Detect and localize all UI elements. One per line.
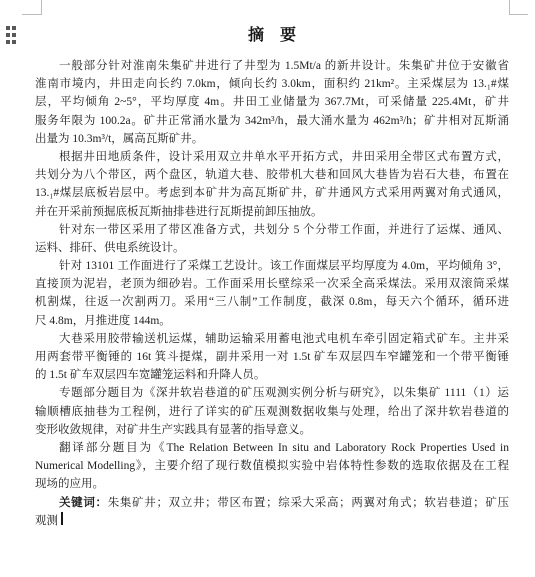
handle-dot <box>6 33 10 37</box>
document-body[interactable]: 摘 要 一般部分针对淮南朱集矿井进行了井型为 1.5Mt/a 的新井设计。朱集矿… <box>35 26 509 530</box>
text-line: 直接顶为泥岩，老顶为细砂岩。工作面采用长壁综采一次采全高采煤法。采用双滚筒采煤 <box>35 275 509 293</box>
keywords-label: 关键词： <box>59 497 108 509</box>
drag-handle-icon[interactable] <box>6 26 16 44</box>
paragraph: 针对 13101 工作面进行了采煤工艺设计。该工作面煤层平均厚度为 4.0m，平… <box>35 257 509 330</box>
handle-dot <box>12 40 16 44</box>
handle-dot <box>6 40 10 44</box>
text-line: 大巷采用胶带输送机运煤，辅助运输采用蓄电池式电机车牵引固定箱式矿车。主井采 <box>35 330 509 348</box>
text-line: 层，平均倾角 2~5°，平均厚度 4m。井田工业储量为 367.7Mt，可采储量… <box>35 93 509 111</box>
paragraph: 专题部分题目为《深井软岩巷道的矿压观测实例分析与研究》，以朱集矿 1111（1）… <box>35 384 509 439</box>
text-line: 用两套带平衡锤的 16t 箕斗提煤，副井采用一对 1.5t 矿车双层四车窄罐笼和… <box>35 348 509 366</box>
paragraph: 针对东一带区采用了带区准备方式，共划分 5 个分带工作面，并进行了运煤、通风、运… <box>35 221 509 257</box>
paragraph: 大巷采用胶带输送机运煤，辅助运输采用蓄电池式电机车牵引固定箱式矿车。主井采用两套… <box>35 330 509 385</box>
text-line: 输顺槽底抽巷为工程例，进行了详实的矿压观测数据收集与处理，给出了深井软岩巷道的 <box>35 403 509 421</box>
text-line: 根据井田地质条件，设计采用双立井单水平开拓方式，井田采用全带区式布置方式， <box>35 148 509 166</box>
text-line: 尺 4.8m，月推进度 144m。 <box>35 312 509 330</box>
paragraph: 一般部分针对淮南朱集矿井进行了井型为 1.5Mt/a 的新井设计。朱集矿井位于安… <box>35 57 509 148</box>
text-line: 共划分为八个带区，两个盘区，轨道大巷、胶带机大巷和回风大巷皆为岩石大巷，布置在 <box>35 166 509 184</box>
text-line: 针对 13101 工作面进行了采煤工艺设计。该工作面煤层平均厚度为 4.0m，平… <box>35 257 509 275</box>
handle-dot <box>12 33 16 37</box>
text-cursor <box>61 512 63 525</box>
text-line: 服务年限为 100.2a。矿井正常涌水量为 342m³/h，最大涌水量为 462… <box>35 112 509 130</box>
handle-dot <box>12 26 16 30</box>
paragraph: 根据井田地质条件，设计采用双立井单水平开拓方式，井田采用全带区式布置方式，共划分… <box>35 148 509 221</box>
page-corner-mark-right-icon <box>509 0 528 15</box>
text-line: 观测 <box>35 512 509 530</box>
paragraphs-container: 一般部分针对淮南朱集矿井进行了井型为 1.5Mt/a 的新井设计。朱集矿井位于安… <box>35 57 509 530</box>
text-line: 淮南市境内，井田走向长约 7.0km，倾向长约 3.0km，面积约 21km²。… <box>35 75 509 93</box>
text-line: 的 1.5t 矿车双层四车宽罐笼运料和升降人员。 <box>35 366 509 384</box>
text-line: 机割煤，往返一次割两刀。采用“三八制”工作制度，截深 0.8m，每天六个循环，循… <box>35 293 509 311</box>
paragraph: 翻译部分题目为《The Relation Between In situ and… <box>35 439 509 494</box>
text-line: 13.₁#煤层底板岩层中。考虑到本矿井为高瓦斯矿井，矿井通风方式采用两翼对角式通… <box>35 184 509 202</box>
text-line: 关键词：朱集矿井；双立井；带区布置；综采大采高；两翼对角式；软岩巷道；矿压 <box>35 494 509 512</box>
text-line: 专题部分题目为《深井软岩巷道的矿压观测实例分析与研究》，以朱集矿 1111（1）… <box>35 384 509 402</box>
text-line: 出量为 10.3m³/t，属高瓦斯矿井。 <box>35 130 509 148</box>
text-line: 针对东一带区采用了带区准备方式，共划分 5 个分带工作面，并进行了运煤、通风、 <box>35 221 509 239</box>
text-line: 运料、排矸、供电系统设计。 <box>35 239 509 257</box>
text-line: 并在开采前预掘底板瓦斯抽排巷进行瓦斯提前卸压抽放。 <box>35 203 509 221</box>
text-line: 一般部分针对淮南朱集矿井进行了井型为 1.5Mt/a 的新井设计。朱集矿井位于安… <box>35 57 509 75</box>
handle-dot <box>6 26 10 30</box>
text-line: 翻译部分题目为《The Relation Between In situ and… <box>35 439 509 457</box>
paragraph: 关键词：朱集矿井；双立井；带区布置；综采大采高；两翼对角式；软岩巷道；矿压观测 <box>35 494 509 530</box>
text-line: 现场的应用。 <box>35 475 509 493</box>
text-line: 变形收敛规律，对矿井生产实践具有显著的指导意义。 <box>35 421 509 439</box>
page-corner-mark-left-icon <box>22 0 42 15</box>
text-line: Numerical Modelling》，主要介绍了现行数值模拟实验中岩体特性参… <box>35 457 509 475</box>
page-title: 摘 要 <box>35 26 509 46</box>
